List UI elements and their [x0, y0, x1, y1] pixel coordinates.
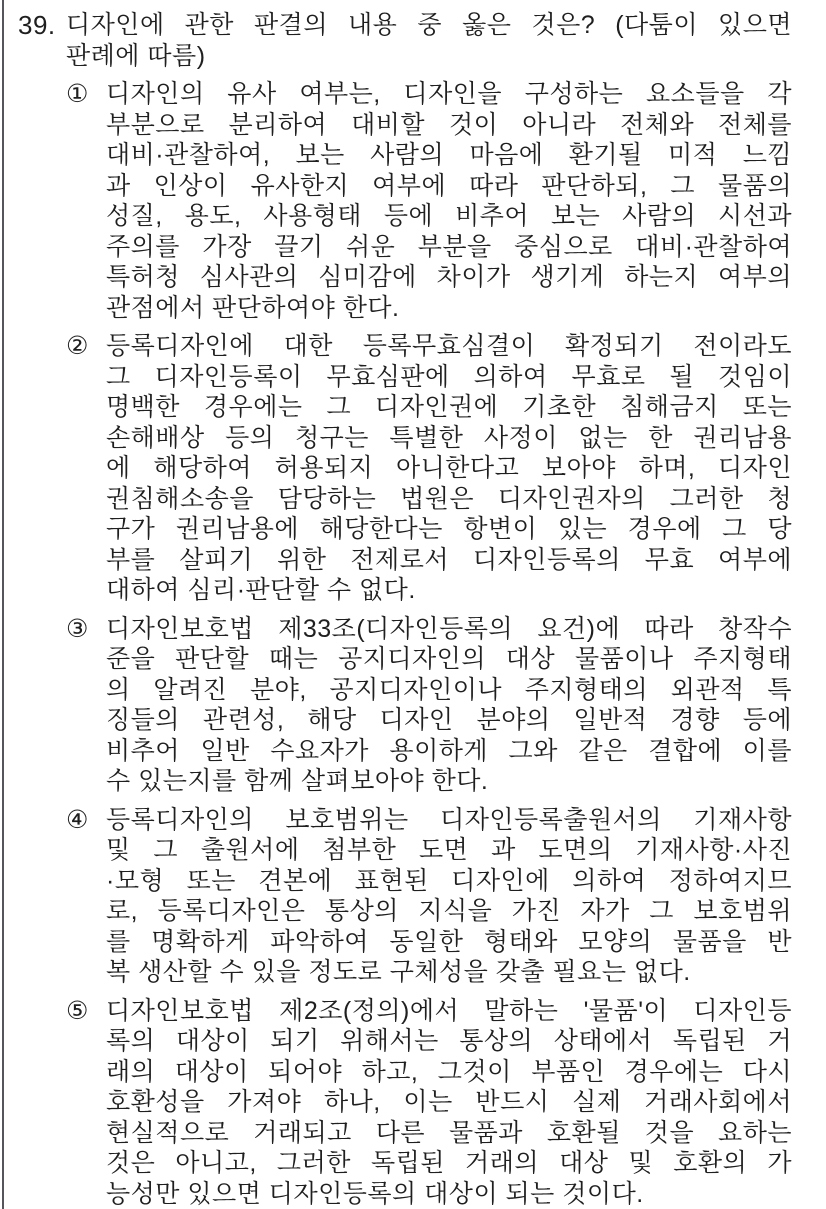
text-line: 성질, 용도, 사용형태 등에 비추어 보는 사람의 시선과	[106, 201, 792, 232]
question-area: 39. 디자인에 관한 판결의 내용 중 옳은 것은? (다툼이 있으면판례에 …	[0, 0, 826, 1209]
option-4-text: 등록디자인의 보호범위는 디자인등록출원서의 기재사항및 그 출원서에 첨부한 …	[106, 805, 792, 988]
text-line: 수 있는지를 함께 살펴보아야 한다.	[106, 766, 792, 797]
text-line: 등록디자인에 대한 등록무효심결이 확정되기 전이라도	[106, 331, 792, 362]
text-line: 대비·관찰하여, 보는 사람의 마음에 환기될 미적 느낌	[106, 140, 792, 171]
text-line: 특허청 심사관의 심미감에 차이가 생기게 하는지 여부의	[106, 262, 792, 293]
text-line: 호환성을 가져야 하나, 이는 반드시 실제 거래사회에서	[106, 1087, 792, 1118]
option-2-marker: ②	[66, 331, 106, 362]
text-line: 의 알려진 분야, 공지디자인이나 주지형태의 외관적 특	[106, 675, 792, 706]
text-line: 및 그 출원서에 첨부한 도면 과 도면의 기재사항·사진	[106, 835, 792, 866]
option-1-text: 디자인의 유사 여부는, 디자인을 구성하는 요소들을 각부분으로 분리하여 대…	[106, 79, 792, 323]
text-line: 주의를 가장 끌기 쉬운 부분을 중심으로 대비·관찰하여	[106, 232, 792, 263]
text-line: 디자인보호법 제33조(디자인등록의 요건)에 따라 창작수	[106, 614, 792, 645]
option-4-marker: ④	[66, 805, 106, 836]
text-line: 것은 아니고, 그러한 독립된 거래의 대상 및 호환의 가	[106, 1148, 792, 1179]
text-line: 디자인에 관한 판결의 내용 중 옳은 것은? (다툼이 있으면	[66, 10, 792, 41]
text-line: 권침해소송을 담당하는 법원은 디자인권자의 그러한 청	[106, 484, 792, 515]
text-line: 명백한 경우에는 그 디자인권에 기초한 침해금지 또는	[106, 392, 792, 423]
text-line: 준을 판단할 때는 공지디자인의 대상 물품이나 주지형태	[106, 644, 792, 675]
text-line: 과 인상이 유사한지 여부에 따라 판단하되, 그 물품의	[106, 171, 792, 202]
option-5-marker: ⑤	[66, 996, 106, 1027]
text-line: 록의 대상이 되기 위해서는 통상의 상태에서 독립된 거	[106, 1026, 792, 1057]
text-line: 등록디자인의 보호범위는 디자인등록출원서의 기재사항	[106, 805, 792, 836]
answer-option-5: ⑤ 디자인보호법 제2조(정의)에서 말하는 '물품'이 디자인등록의 대상이 …	[18, 996, 792, 1209]
answer-option-1: ① 디자인의 유사 여부는, 디자인을 구성하는 요소들을 각부분으로 분리하여…	[18, 79, 792, 323]
question-number: 39.	[18, 10, 66, 41]
text-line: 징들의 관련성, 해당 디자인 분야의 일반적 경향 등에	[106, 705, 792, 736]
text-line: 에 해당하여 허용되지 아니한다고 보아야 하며, 디자인	[106, 453, 792, 484]
text-line: 비추어 일반 수요자가 용이하게 그와 같은 결합에 이를	[106, 736, 792, 767]
option-5-text: 디자인보호법 제2조(정의)에서 말하는 '물품'이 디자인등록의 대상이 되기…	[106, 996, 792, 1209]
text-line: 디자인의 유사 여부는, 디자인을 구성하는 요소들을 각	[106, 79, 792, 110]
text-line: 로, 등록디자인은 통상의 지식을 가진 자가 그 보호범위	[106, 896, 792, 927]
text-line: 부분으로 분리하여 대비할 것이 아니라 전체와 전체를	[106, 110, 792, 141]
option-2-text: 등록디자인에 대한 등록무효심결이 확정되기 전이라도그 디자인등록이 무효심판…	[106, 331, 792, 606]
option-1-marker: ①	[66, 79, 106, 110]
option-3-text: 디자인보호법 제33조(디자인등록의 요건)에 따라 창작수준을 판단할 때는 …	[106, 614, 792, 797]
text-line: 관점에서 판단하여야 한다.	[106, 293, 792, 324]
text-line: ·모형 또는 견본에 표현된 디자인에 의하여 정하여지므	[106, 866, 792, 897]
exam-page: 39. 디자인에 관한 판결의 내용 중 옳은 것은? (다툼이 있으면판례에 …	[0, 0, 826, 1209]
text-line: 능성만 있으면 디자인등록의 대상이 되는 것이다.	[106, 1179, 792, 1209]
text-line: 부를 살피기 위한 전제로서 디자인등록의 무효 여부에	[106, 545, 792, 576]
text-line: 래의 대상이 되어야 하고, 그것이 부품인 경우에는 다시	[106, 1057, 792, 1088]
answer-option-3: ③ 디자인보호법 제33조(디자인등록의 요건)에 따라 창작수준을 판단할 때…	[18, 614, 792, 797]
text-line: 그 디자인등록이 무효심판에 의하여 무효로 될 것임이	[106, 362, 792, 393]
question-text: 디자인에 관한 판결의 내용 중 옳은 것은? (다툼이 있으면판례에 따름)	[66, 10, 792, 71]
text-line: 대하여 심리·판단할 수 없다.	[106, 575, 792, 606]
text-line: 를 명확하게 파악하여 동일한 형태와 모양의 물품을 반	[106, 927, 792, 958]
answer-option-4: ④ 등록디자인의 보호범위는 디자인등록출원서의 기재사항및 그 출원서에 첨부…	[18, 805, 792, 988]
text-line: 판례에 따름)	[66, 41, 792, 72]
text-line: 손해배상 등의 청구는 특별한 사정이 없는 한 권리남용	[106, 423, 792, 454]
text-line: 현실적으로 거래되고 다른 물품과 호환될 것을 요하는	[106, 1118, 792, 1149]
text-line: 복 생산할 수 있을 정도로 구체성을 갖출 필요는 없다.	[106, 957, 792, 988]
text-line: 디자인보호법 제2조(정의)에서 말하는 '물품'이 디자인등	[106, 996, 792, 1027]
text-line: 구가 권리남용에 해당한다는 항변이 있는 경우에 그 당	[106, 514, 792, 545]
question-39: 39. 디자인에 관한 판결의 내용 중 옳은 것은? (다툼이 있으면판례에 …	[18, 10, 792, 71]
answer-option-2: ② 등록디자인에 대한 등록무효심결이 확정되기 전이라도그 디자인등록이 무효…	[18, 331, 792, 606]
option-3-marker: ③	[66, 614, 106, 645]
